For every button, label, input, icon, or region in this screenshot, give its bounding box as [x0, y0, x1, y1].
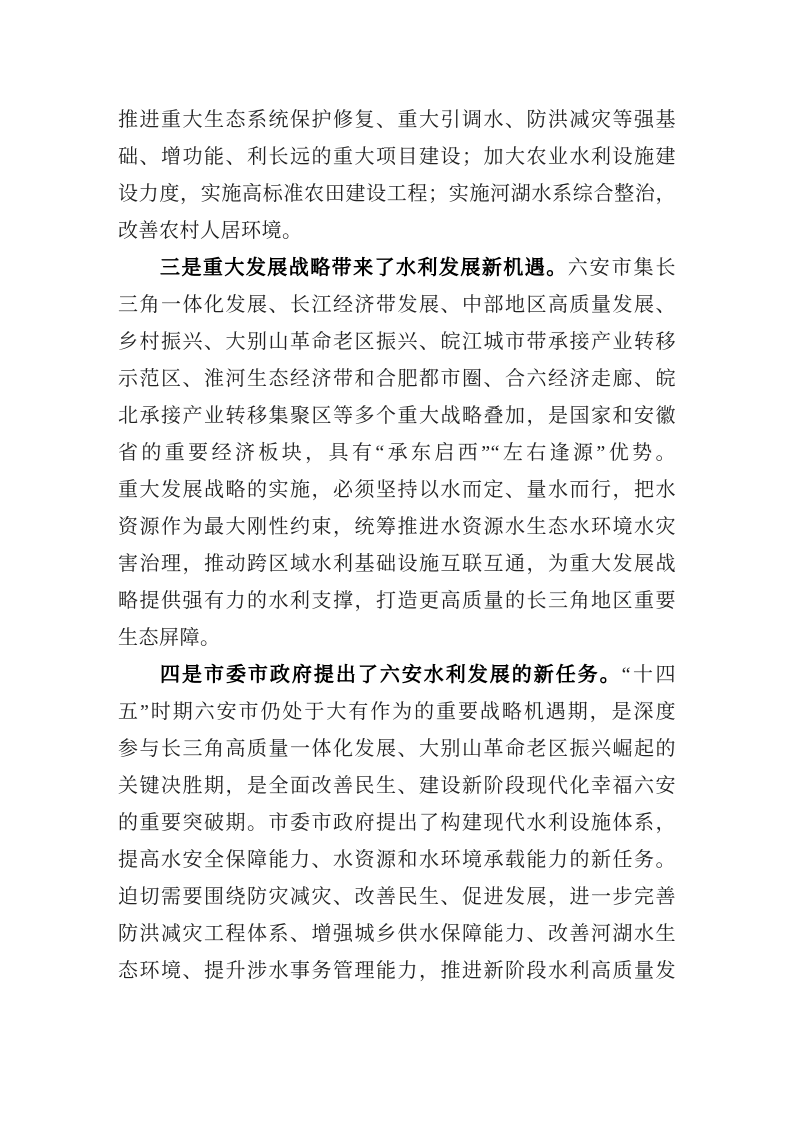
text-line: 示范区、淮河生态经济带和合肥都市圈、合六经济走廊、皖: [118, 361, 676, 398]
text-line: 害治理，推动跨区域水利基础设施互联互通，为重大发展战: [118, 546, 676, 583]
text-line: 三角一体化发展、长江经济带发展、中部地区高质量发展、: [118, 287, 676, 324]
document-text: 推进重大生态系统保护修复、重大引调水、防洪减灾等强基础、增功能、利长远的重大项目…: [118, 102, 676, 990]
text-run: 础、增功能、利长远的重大项目建设；加大农业水利设施建: [118, 146, 676, 168]
text-line: 防洪减灾工程体系、增强城乡供水保障能力、改善河湖水生: [118, 916, 676, 953]
text-line: 五”时期六安市仍处于大有作为的重要战略机遇期，是深度: [118, 694, 676, 731]
text-line: 北承接产业转移集聚区等多个重大战略叠加，是国家和安徽: [118, 398, 676, 435]
text-run: 示范区、淮河生态经济带和合肥都市圈、合六经济走廊、皖: [118, 368, 676, 390]
text-line: 生态屏障。: [118, 620, 676, 657]
text-line: 三是重大发展战略带来了水利发展新机遇。六安市集长: [118, 250, 676, 287]
text-line: 参与长三角高质量一体化发展、大别山革命老区振兴崛起的: [118, 731, 676, 768]
text-run: 防洪减灾工程体系、增强城乡供水保障能力、改善河湖水生: [118, 923, 676, 945]
text-line: 推进重大生态系统保护修复、重大引调水、防洪减灾等强基: [118, 102, 676, 139]
text-run: 六安市集长: [568, 257, 676, 279]
paragraph-lead-bold: 三是重大发展战略带来了水利发展新机遇。: [160, 257, 568, 279]
text-run: 五”时期六安市仍处于大有作为的重要战略机遇期，是深度: [118, 701, 676, 723]
text-run: 态环境、提升涉水事务管理能力，推进新阶段水利高质量发: [118, 960, 676, 982]
text-line: 省的重要经济板块，具有“承东启西”“左右逢源”优势。: [118, 435, 676, 472]
text-run: 参与长三角高质量一体化发展、大别山革命老区振兴崛起的: [118, 738, 676, 760]
text-run: 北承接产业转移集聚区等多个重大战略叠加，是国家和安徽: [118, 405, 676, 427]
text-run: 资源作为最大刚性约束，统筹推进水资源水生态水环境水灾: [118, 516, 676, 538]
text-line: 略提供强有力的水利支撑，打造更高质量的长三角地区重要: [118, 583, 676, 620]
text-run: 迫切需要围绕防灾减灾、改善民生、促进发展，进一步完善: [118, 886, 676, 908]
text-run: 生态屏障。: [118, 627, 221, 649]
text-line: 迫切需要围绕防灾减灾、改善民生、促进发展，进一步完善: [118, 879, 676, 916]
text-run: 改善农村人居环境。: [118, 220, 303, 242]
text-line: 重大发展战略的实施，必须坚持以水而定、量水而行，把水: [118, 472, 676, 509]
text-line: 提高水安全保障能力、水资源和水环境承载能力的新任务。: [118, 842, 676, 879]
text-line: 的重要突破期。市委市政府提出了构建现代水利设施体系，: [118, 805, 676, 842]
text-run: “十四: [622, 664, 676, 686]
text-run: 推进重大生态系统保护修复、重大引调水、防洪减灾等强基: [118, 109, 676, 131]
text-run: 三角一体化发展、长江经济带发展、中部地区高质量发展、: [118, 294, 676, 316]
text-line: 资源作为最大刚性约束，统筹推进水资源水生态水环境水灾: [118, 509, 676, 546]
text-line: 础、增功能、利长远的重大项目建设；加大农业水利设施建: [118, 139, 676, 176]
text-run: 略提供强有力的水利支撑，打造更高质量的长三角地区重要: [118, 590, 676, 612]
text-run: 乡村振兴、大别山革命老区振兴、皖江城市带承接产业转移: [118, 331, 676, 353]
text-run: 害治理，推动跨区域水利基础设施互联互通，为重大发展战: [118, 553, 676, 575]
text-line: 关键决胜期，是全面改善民生、建设新阶段现代化幸福六安: [118, 768, 676, 805]
text-run: 设力度，实施高标准农田建设工程；实施河湖水系综合整治，: [118, 183, 676, 205]
document-page: 推进重大生态系统保护修复、重大引调水、防洪减灾等强基础、增功能、利长远的重大项目…: [0, 0, 793, 1122]
text-run: 的重要突破期。市委市政府提出了构建现代水利设施体系，: [118, 812, 676, 834]
text-line: 四是市委市政府提出了六安水利发展的新任务。“十四: [118, 657, 676, 694]
text-line: 乡村振兴、大别山革命老区振兴、皖江城市带承接产业转移: [118, 324, 676, 361]
text-run: 提高水安全保障能力、水资源和水环境承载能力的新任务。: [118, 849, 676, 871]
text-run: 关键决胜期，是全面改善民生、建设新阶段现代化幸福六安: [118, 775, 676, 797]
text-run: 省的重要经济板块，具有“承东启西”“左右逢源”优势。: [118, 442, 676, 464]
text-line: 改善农村人居环境。: [118, 213, 676, 250]
text-line: 态环境、提升涉水事务管理能力，推进新阶段水利高质量发: [118, 953, 676, 990]
text-run: 重大发展战略的实施，必须坚持以水而定、量水而行，把水: [118, 479, 676, 501]
paragraph-lead-bold: 四是市委市政府提出了六安水利发展的新任务。: [160, 664, 622, 686]
text-line: 设力度，实施高标准农田建设工程；实施河湖水系综合整治，: [118, 176, 676, 213]
